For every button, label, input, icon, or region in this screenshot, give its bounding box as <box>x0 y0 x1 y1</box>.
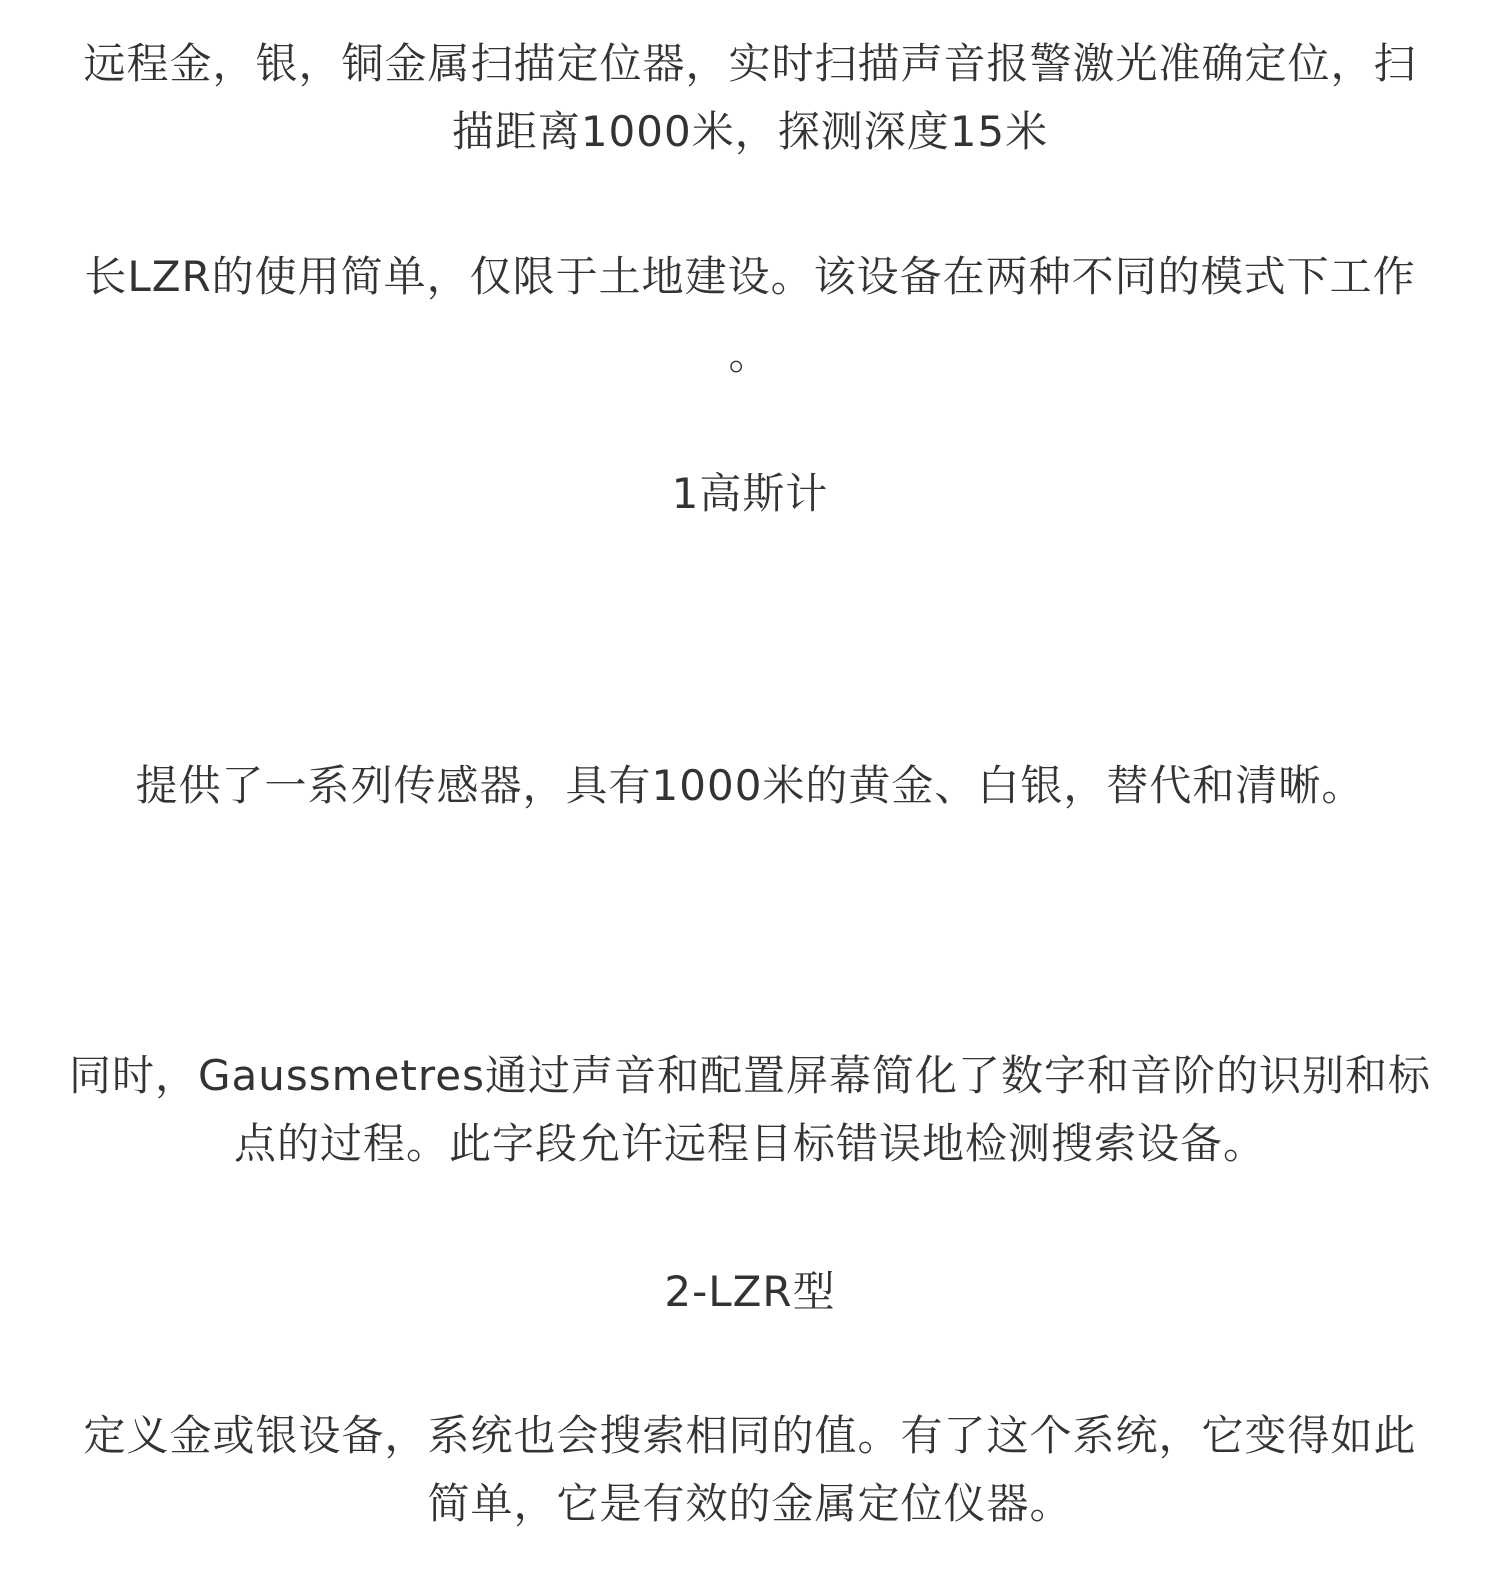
heading-text: 2-LZR型 <box>0 1258 1500 1326</box>
paragraph-line: 简单，它是有效的金属定位仪器。 <box>0 1470 1500 1538</box>
paragraph-line: 提供了一系列传感器，具有1000米的黄金、白银，替代和清晰。 <box>0 752 1500 820</box>
section-heading-lzr: 2-LZR型 <box>0 1258 1500 1326</box>
paragraph-line: 远程金，银，铜金属扫描定位器，实时扫描声音报警激光准确定位，扫 <box>0 30 1500 98</box>
paragraph-usage: 长LZR的使用简单，仅限于土地建设。该设备在两种不同的模式下工作 。 <box>0 243 1500 389</box>
paragraph-sensors: 提供了一系列传感器，具有1000米的黄金、白银，替代和清晰。 <box>0 752 1500 820</box>
section-heading-gaussmeter: 1高斯计 <box>0 460 1500 528</box>
heading-text: 1高斯计 <box>0 460 1500 528</box>
paragraph-define: 定义金或银设备，系统也会搜索相同的值。有了这个系统，它变得如此 简单，它是有效的… <box>0 1402 1500 1538</box>
paragraph-line: 定义金或银设备，系统也会搜索相同的值。有了这个系统，它变得如此 <box>0 1402 1500 1470</box>
paragraph-line: 。 <box>0 321 1500 389</box>
paragraph-line: 同时，Gaussmetres通过声音和配置屏幕简化了数字和音阶的识别和标 <box>0 1042 1500 1110</box>
paragraph-line: 长LZR的使用简单，仅限于土地建设。该设备在两种不同的模式下工作 <box>0 243 1500 311</box>
paragraph-intro: 远程金，银，铜金属扫描定位器，实时扫描声音报警激光准确定位，扫 描距离1000米… <box>0 30 1500 166</box>
paragraph-line: 描距离1000米，探测深度15米 <box>0 98 1500 166</box>
paragraph-line: 点的过程。此字段允许远程目标错误地检测搜索设备。 <box>0 1110 1500 1178</box>
paragraph-gaussmetres: 同时，Gaussmetres通过声音和配置屏幕简化了数字和音阶的识别和标 点的过… <box>0 1042 1500 1178</box>
